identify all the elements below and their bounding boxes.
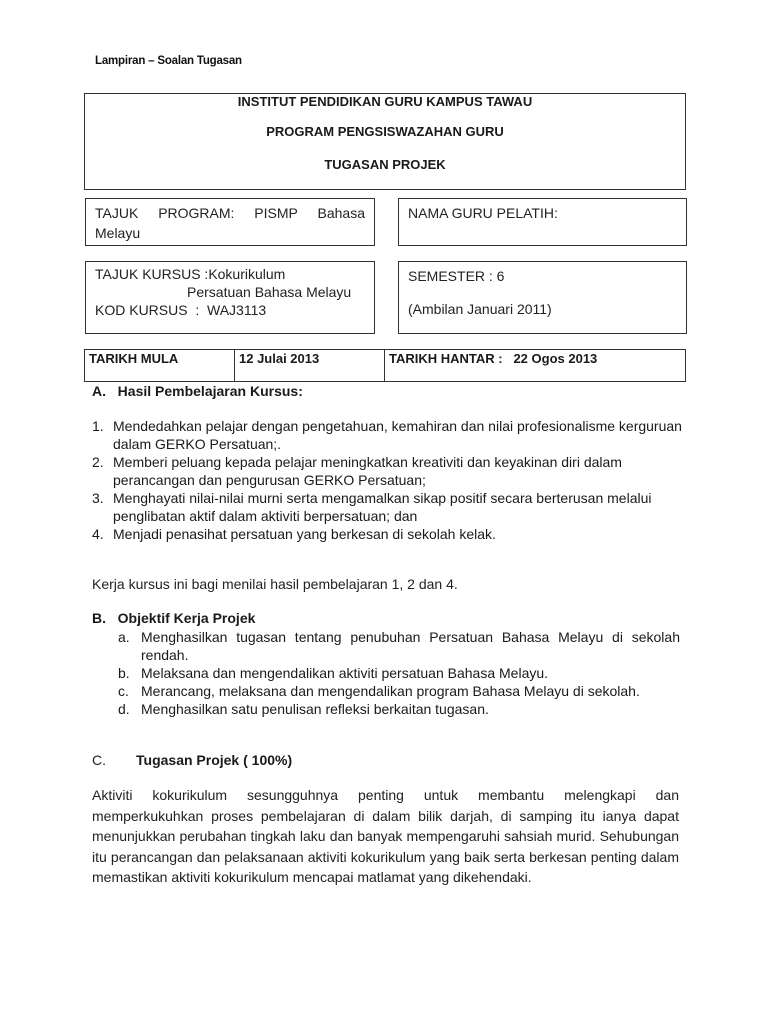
- semester-box: SEMESTER : 6 (Ambilan Januari 2011): [398, 261, 687, 334]
- institute-name: INSTITUT PENDIDIKAN GURU KAMPUS TAWAU: [85, 94, 685, 109]
- header-box: INSTITUT PENDIDIKAN GURU KAMPUS TAWAU PR…: [84, 93, 686, 190]
- document-title: TUGASAN PROJEK: [85, 157, 685, 172]
- program-title-box: TAJUK PROGRAM: PISMP Bahasa Melayu: [85, 198, 375, 246]
- section-c-paragraph: Aktiviti kokurikulum sesungguhnya pentin…: [92, 785, 679, 888]
- submit-date: TARIKH HANTAR : 22 Ogos 2013: [385, 350, 685, 381]
- section-b-title: B. Objektif Kerja Projek: [92, 610, 255, 626]
- program-name: PROGRAM PENGSISWAZAHAN GURU: [85, 124, 685, 139]
- intake: (Ambilan Januari 2011): [408, 299, 677, 319]
- program-title: TAJUK PROGRAM: PISMP Bahasa: [95, 203, 365, 223]
- list-item: a.Menghasilkan tugasan tentang penubuhan…: [118, 628, 680, 664]
- attachment-note: Lampiran – Soalan Tugasan: [95, 55, 242, 67]
- course-title-cont: Persatuan Bahasa Melayu: [95, 283, 365, 301]
- list-item: b.Melaksana dan mengendalikan aktiviti p…: [118, 664, 680, 682]
- section-c-title: Tugasan Projek ( 100%): [136, 752, 292, 768]
- section-c-letter: C.: [92, 752, 106, 768]
- list-item: d.Menghasilkan satu penulisan refleksi b…: [118, 700, 680, 718]
- course-box: TAJUK KURSUS :Kokurikulum Persatuan Baha…: [85, 261, 375, 334]
- list-item: 1.Mendedahkan pelajar dengan pengetahuan…: [92, 417, 692, 453]
- list-item: 2.Memberi peluang kepada pelajar meningk…: [92, 453, 692, 489]
- list-item: c.Merancang, melaksana dan mengendalikan…: [118, 682, 680, 700]
- trainee-name-label: NAMA GURU PELATIH:: [408, 203, 677, 223]
- learning-outcomes-list: 1.Mendedahkan pelajar dengan pengetahuan…: [92, 417, 692, 543]
- course-title: TAJUK KURSUS :Kokurikulum: [95, 265, 365, 283]
- start-date-label: TARIKH MULA: [85, 350, 235, 381]
- course-code: KOD KURSUS : WAJ3113: [95, 301, 365, 319]
- objectives-list: a.Menghasilkan tugasan tentang penubuhan…: [118, 628, 680, 718]
- semester: SEMESTER : 6: [408, 266, 677, 286]
- trainee-name-box: NAMA GURU PELATIH:: [398, 198, 687, 246]
- list-item: 3.Menghayati nilai-nilai murni serta men…: [92, 489, 692, 525]
- list-item: 4.Menjadi penasihat persatuan yang berke…: [92, 525, 692, 543]
- assessment-note: Kerja kursus ini bagi menilai hasil pemb…: [92, 576, 458, 592]
- dates-table: TARIKH MULA 12 Julai 2013 TARIKH HANTAR …: [84, 349, 686, 382]
- section-a-title: A. Hasil Pembelajaran Kursus:: [92, 383, 303, 399]
- program-title-cont: Melayu: [95, 223, 365, 243]
- start-date-value: 12 Julai 2013: [235, 350, 385, 381]
